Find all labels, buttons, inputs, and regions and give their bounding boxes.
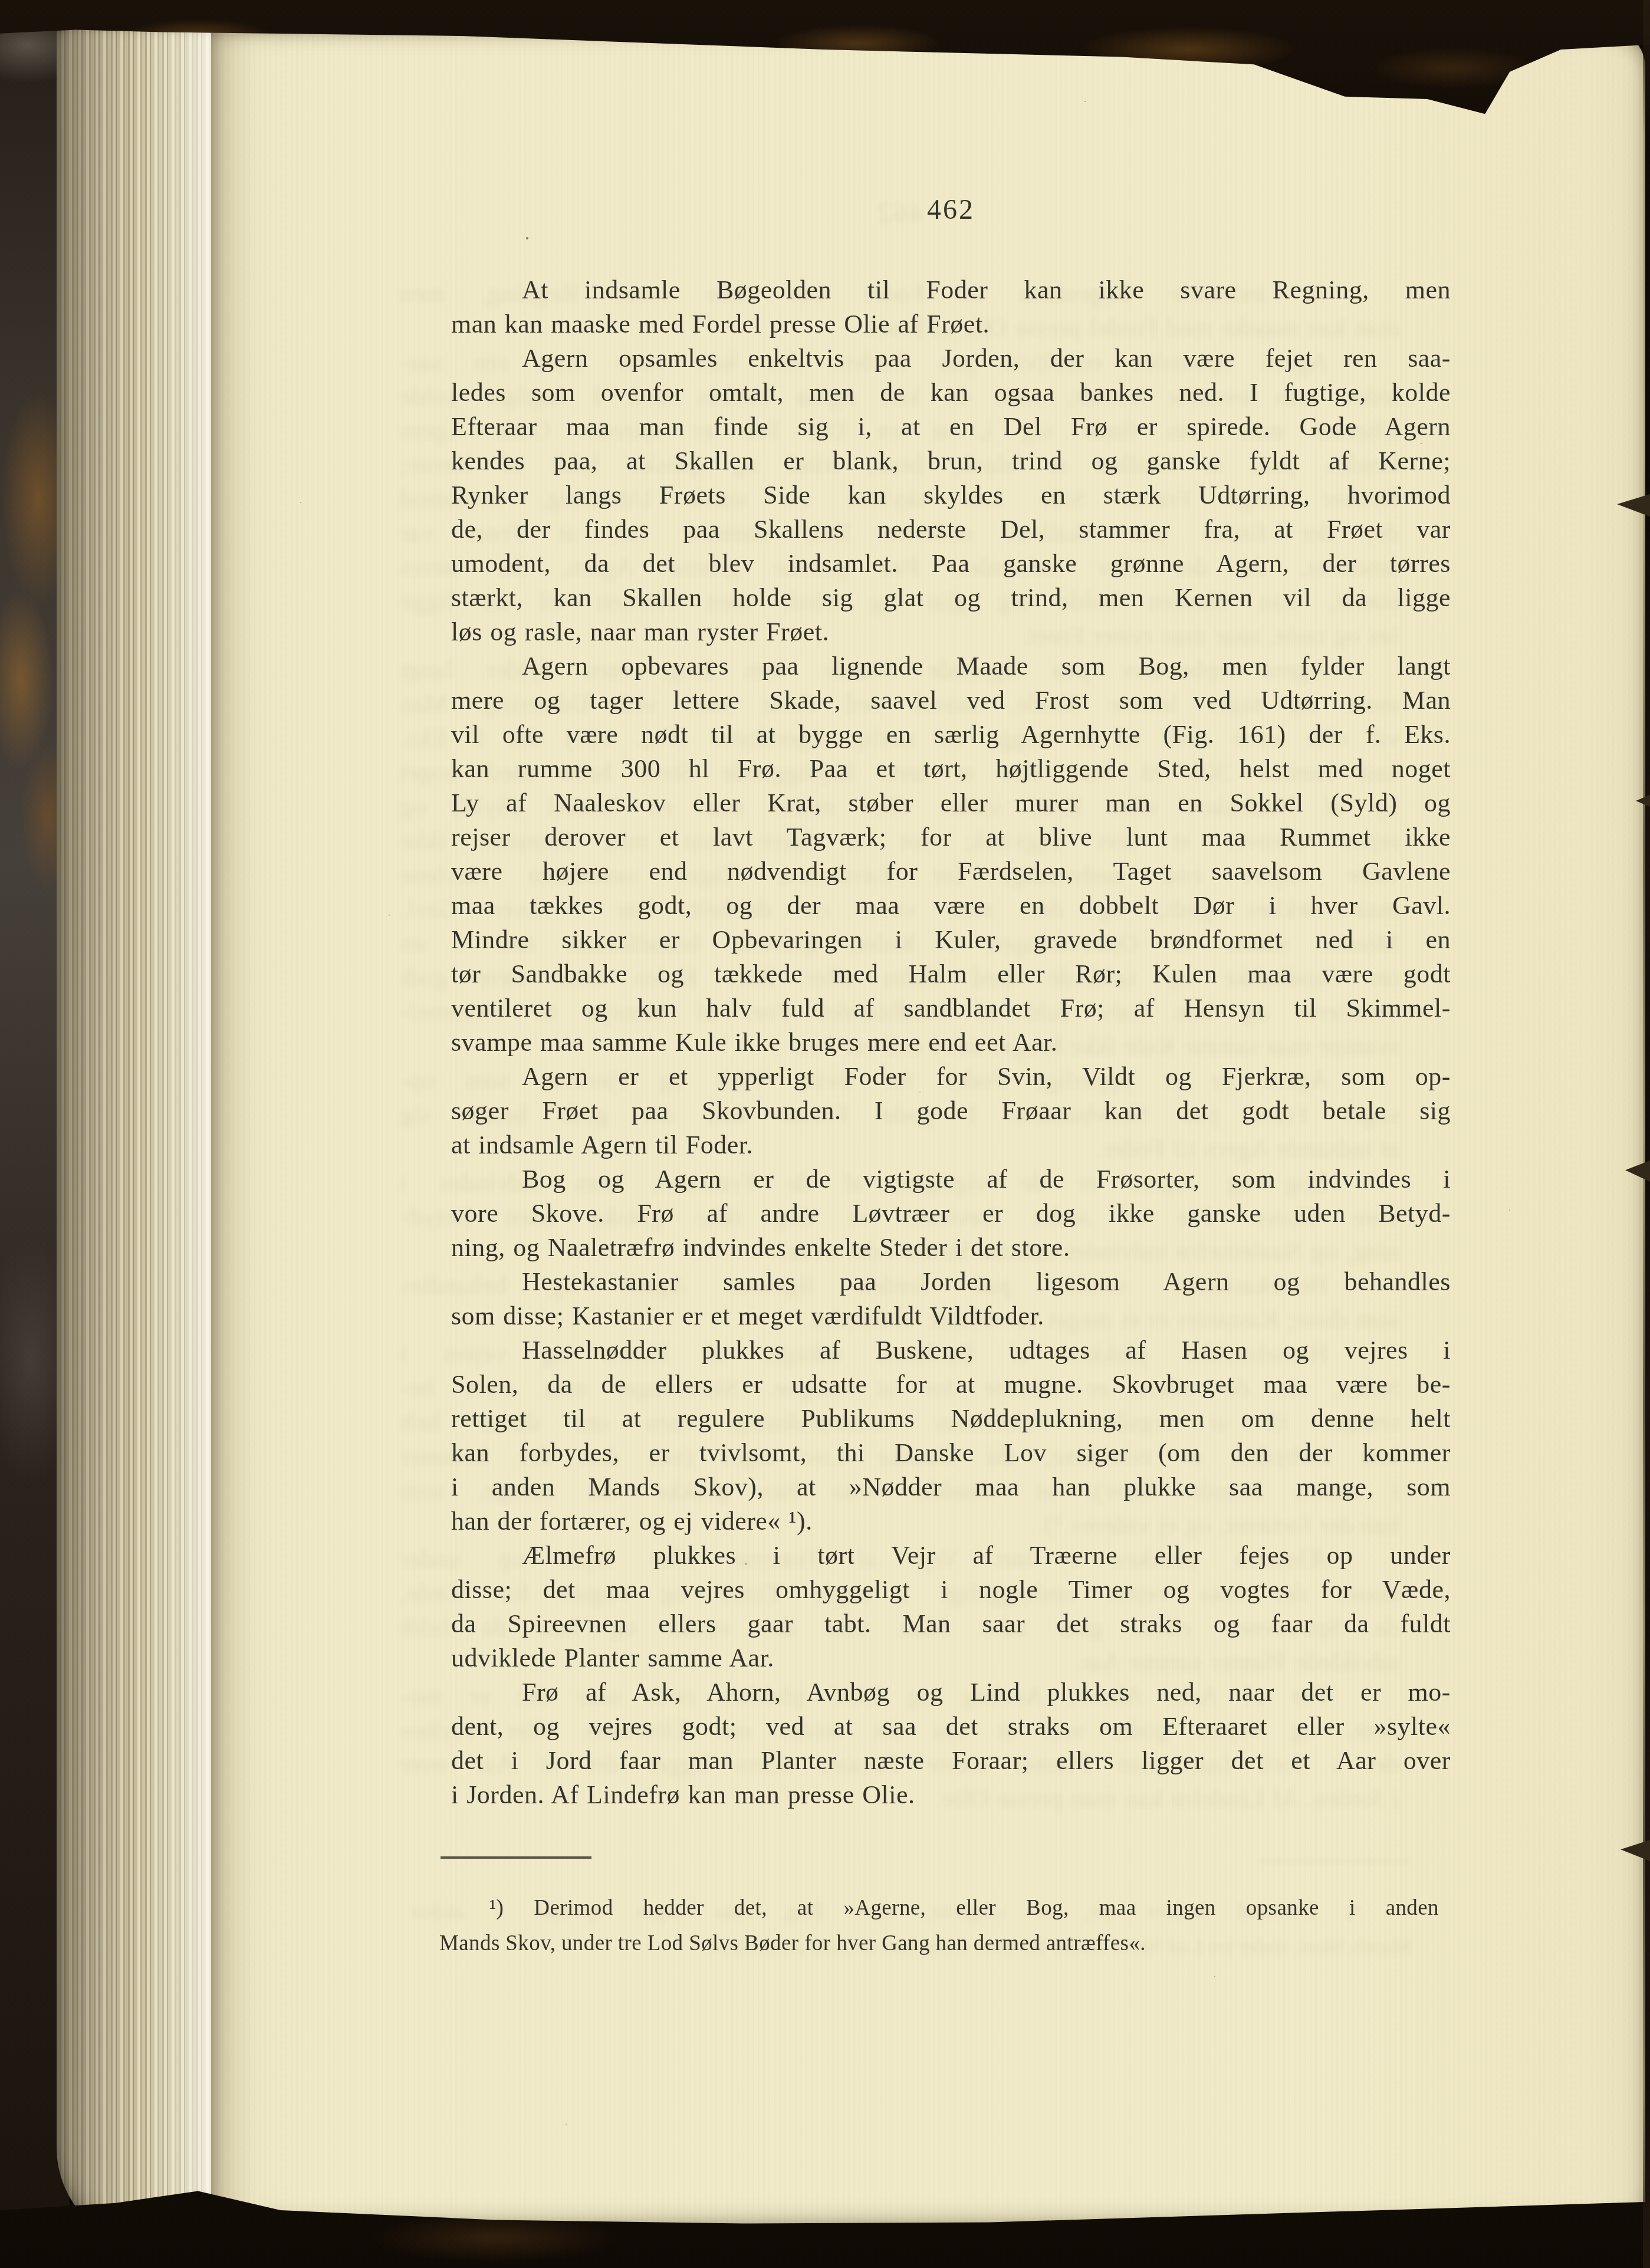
footnote-line: ¹) Derimod hedder det, at »Agerne, eller…: [439, 1891, 1439, 1926]
text-line: stærkt, kan Skallen holde sig glat og tr…: [451, 581, 1451, 615]
text-line: han der fortærer, og ej videre« ¹).: [451, 1504, 1451, 1539]
body-text-column: At indsamle Bøgeolden til Foder kan ikke…: [451, 273, 1451, 1812]
text-line: umodent, da det blev indsamlet. Paa gans…: [451, 547, 1451, 581]
text-line: Frø af Ask, Ahorn, Avnbøg og Lind plukke…: [451, 1675, 1451, 1710]
book-page: 462 At indsamle Bøgeolden til Foder kan …: [211, 29, 1645, 2224]
page-edge-stack: [57, 20, 221, 2248]
text-line: Hestekastanier samles paa Jorden ligesom…: [451, 1265, 1451, 1299]
text-line: Agern opsamles enkeltvis paa Jorden, der…: [451, 341, 1451, 376]
text-line: At indsamle Bøgeolden til Foder kan ikke…: [451, 273, 1451, 307]
text-line: Rynker langs Frøets Side kan skyldes en …: [451, 478, 1451, 512]
text-line: løs og rasle, naar man ryster Frøet.: [451, 615, 1451, 649]
text-line: maa tækkes godt, og der maa være en dobb…: [451, 889, 1451, 923]
text-line: Hasselnødder plukkes af Buskene, udtages…: [451, 1333, 1451, 1368]
page-number: 462: [451, 193, 1451, 226]
text-line: rejser derover et lavt Tagværk; for at b…: [451, 820, 1451, 854]
text-line: svampe maa samme Kule ikke bruges mere e…: [451, 1025, 1451, 1060]
page-text-layer: 462 At indsamle Bøgeolden til Foder kan …: [211, 29, 1645, 2224]
text-line: at indsamle Agern til Foder.: [451, 1128, 1451, 1162]
text-line: kan rumme 300 hl Frø. Paa et tørt, højtl…: [451, 752, 1451, 786]
text-line: rettiget til at regulere Publikums Nødde…: [451, 1402, 1451, 1436]
text-line: ventileret og kun halv fuld af sandbland…: [451, 991, 1451, 1025]
text-line: kan forbydes, er tvivlsomt, thi Danske L…: [451, 1436, 1451, 1470]
text-line: Agern er et ypperligt Foder for Svin, Vi…: [451, 1060, 1451, 1094]
text-line: ning, og Naaletræfrø indvindes enkelte S…: [451, 1231, 1451, 1265]
book-scan: 462 At indsamle Bøgeolden til Foder kan …: [0, 0, 1650, 2268]
text-line: mere og tager lettere Skade, saavel ved …: [451, 683, 1451, 718]
text-line: Ly af Naaleskov eller Krat, støber eller…: [451, 786, 1451, 820]
text-line: ledes som ovenfor omtalt, men de kan ogs…: [451, 376, 1451, 410]
text-line: disse; det maa vejres omhyggeligt i nogl…: [451, 1573, 1451, 1607]
text-line: i Jorden. Af Lindefrø kan man presse Oli…: [451, 1778, 1451, 1812]
text-line: det i Jord faar man Planter næste Foraar…: [451, 1744, 1451, 1778]
text-line: Bog og Agern er de vigtigste af de Frøso…: [451, 1162, 1451, 1197]
text-line: Solen, da de ellers er udsatte for at mu…: [451, 1368, 1451, 1402]
footnote-column: ¹) Derimod hedder det, at »Agerne, eller…: [439, 1891, 1439, 1961]
text-line: i anden Mands Skov), at »Nødder maa han …: [451, 1470, 1451, 1504]
text-line: de, der findes paa Skallens nederste Del…: [451, 512, 1451, 547]
text-line: vore Skove. Frø af andre Løvtræer er dog…: [451, 1197, 1451, 1231]
text-line: Efteraar maa man finde sig i, at en Del …: [451, 410, 1451, 444]
text-line: vil ofte være nødt til at bygge en særli…: [451, 718, 1451, 752]
footnote-separator: [441, 1856, 591, 1859]
footnote-line: Mands Skov, under tre Lod Sølvs Bøder fo…: [439, 1926, 1439, 1961]
text-line: da Spireevnen ellers gaar tabt. Man saar…: [451, 1607, 1451, 1641]
text-line: man kan maaske med Fordel presse Olie af…: [451, 307, 1451, 341]
text-line: udviklede Planter samme Aar.: [451, 1641, 1451, 1675]
text-line: tør Sandbakke og tækkede med Halm eller …: [451, 957, 1451, 991]
text-line: være højere end nødvendigt for Færdselen…: [451, 854, 1451, 889]
text-line: dent, og vejres godt; ved at saa det str…: [451, 1710, 1451, 1744]
text-line: Ælmefrø plukkes i tørt Vejr af Træerne e…: [451, 1539, 1451, 1573]
text-line: kendes paa, at Skallen er blank, brun, t…: [451, 444, 1451, 478]
text-line: søger Frøet paa Skovbunden. I gode Frøaa…: [451, 1094, 1451, 1128]
text-line: som disse; Kastanier er et meget værdifu…: [451, 1299, 1451, 1333]
text-line: Mindre sikker er Opbevaringen i Kuler, g…: [451, 923, 1451, 957]
right-page-edge-shadow: [1643, 0, 1650, 2268]
text-line: Agern opbevares paa lignende Maade som B…: [451, 649, 1451, 683]
